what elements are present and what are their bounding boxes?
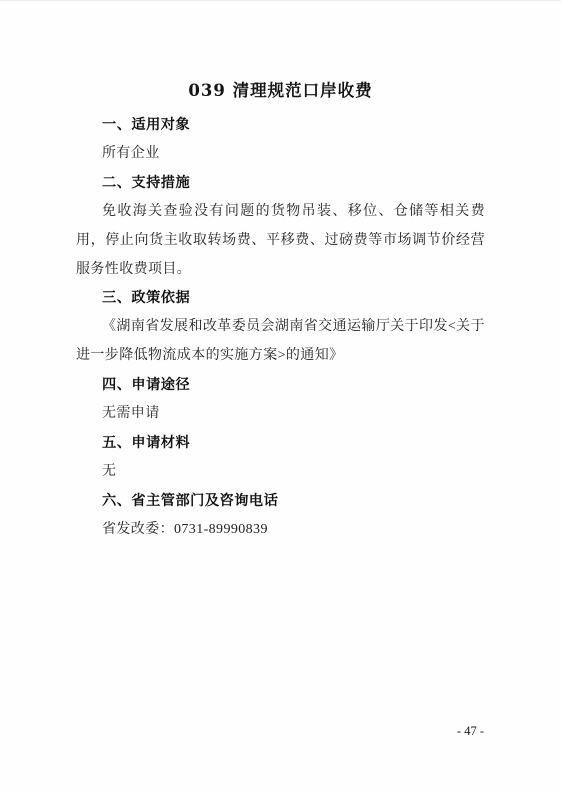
section-body: 《湖南省发展和改革委员会湖南省交通运输厅关于印发<关于进一步降低物流成本的实施方… bbox=[76, 313, 485, 371]
document-content: 一、适用对象 所有企业 二、支持措施 免收海关查验没有问题的货物吊装、移位、仓储… bbox=[76, 111, 485, 545]
section-policy-basis: 三、政策依据 《湖南省发展和改革委员会湖南省交通运输厅关于印发<关于进一步降低物… bbox=[76, 284, 485, 371]
section-applicable-targets: 一、适用对象 所有企业 bbox=[76, 111, 485, 169]
section-body: 无 bbox=[76, 458, 485, 487]
section-heading: 三、政策依据 bbox=[76, 284, 485, 313]
section-heading: 一、适用对象 bbox=[76, 111, 485, 140]
section-support-measures: 二、支持措施 免收海关查验没有问题的货物吊装、移位、仓储等相关费用，停止向货主收… bbox=[76, 169, 485, 285]
section-body: 省发改委：0731-89990839 bbox=[76, 516, 485, 545]
section-heading: 五、申请材料 bbox=[76, 429, 485, 458]
section-application-materials: 五、申请材料 无 bbox=[76, 429, 485, 487]
section-body: 免收海关查验没有问题的货物吊装、移位、仓储等相关费用，停止向货主收取转场费、平移… bbox=[76, 198, 485, 285]
document-page: 039 清理规范口岸收费 一、适用对象 所有企业 二、支持措施 免收海关查验没有… bbox=[0, 0, 561, 793]
section-body: 所有企业 bbox=[76, 140, 485, 169]
document-title: 039 清理规范口岸收费 bbox=[0, 77, 561, 105]
section-heading: 二、支持措施 bbox=[76, 169, 485, 198]
section-heading: 四、申请途径 bbox=[76, 371, 485, 400]
section-heading: 六、省主管部门及咨询电话 bbox=[76, 487, 485, 516]
section-body: 无需申请 bbox=[76, 400, 485, 429]
page-number: - 47 - bbox=[457, 717, 484, 745]
section-contact-info: 六、省主管部门及咨询电话 省发改委：0731-89990839 bbox=[76, 487, 485, 545]
section-application-channel: 四、申请途径 无需申请 bbox=[76, 371, 485, 429]
